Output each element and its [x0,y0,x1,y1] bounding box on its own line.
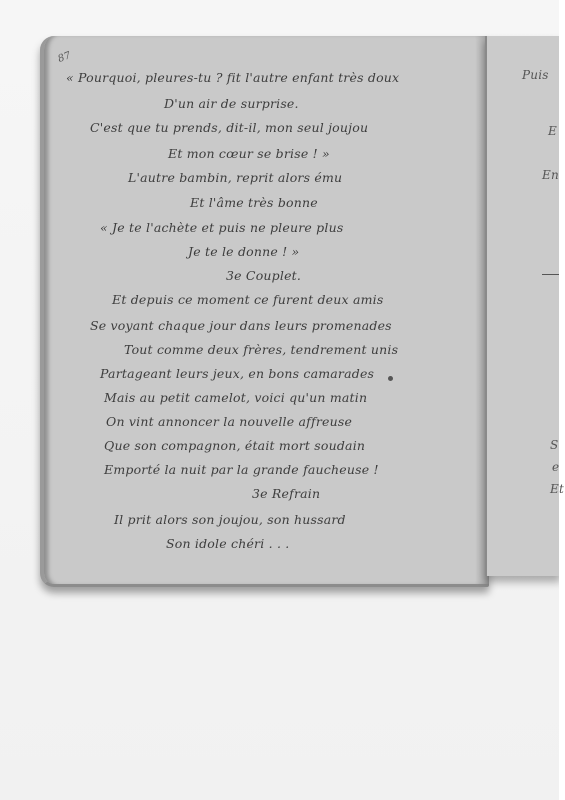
section-heading-refrain: 3e Refrain [252,486,320,501]
right-page-fragment: S [550,438,558,452]
text-line: « Pourquoi, pleures-tu ? fit l'autre enf… [66,70,399,85]
text-line: Mais au petit camelot, voici qu'un matin [104,390,367,405]
text-line: L'autre bambin, reprit alors ému [128,170,342,185]
scanned-notebook: 87 « Pourquoi, pleures-tu ? fit l'autre … [0,0,565,800]
text-line: Partageant leurs jeux, en bons camarades [100,366,374,381]
text-line: Je te le donne ! » [188,244,299,259]
text-line: Que son compagnon, était mort soudain [104,438,365,453]
text-line: On vint annoncer la nouvelle affreuse [106,414,352,429]
right-page-fragment: Et [550,482,564,496]
right-page-fragment: En [542,168,559,182]
text-line: Se voyant chaque jour dans leurs promena… [90,318,392,333]
text-line: Son idole chéri . . . [166,536,289,551]
text-line: Et mon cœur se brise ! » [168,146,330,161]
text-line: Emporté la nuit par la grande faucheuse … [104,462,379,477]
right-page-rule [542,274,559,275]
right-page-fragment: E [548,124,557,138]
ink-blot [388,376,393,381]
right-page-fragment: e [552,460,559,474]
text-line: C'est que tu prends, dit-il, mon seul jo… [90,120,368,135]
text-line: Et depuis ce moment ce furent deux amis [112,292,383,307]
section-heading-couplet: 3e Couplet. [226,268,301,283]
text-line: D'un air de surprise. [164,96,299,111]
scan-edge [559,0,565,800]
text-line: Et l'âme très bonne [190,195,318,210]
left-notebook-page [40,36,489,587]
text-line: Il prit alors son joujou, son hussard [114,512,346,527]
text-line: « Je te l'achète et puis ne pleure plus [100,220,343,235]
right-page-fragment: Puis [522,68,549,82]
text-line: Tout comme deux frères, tendrement unis [124,342,398,357]
